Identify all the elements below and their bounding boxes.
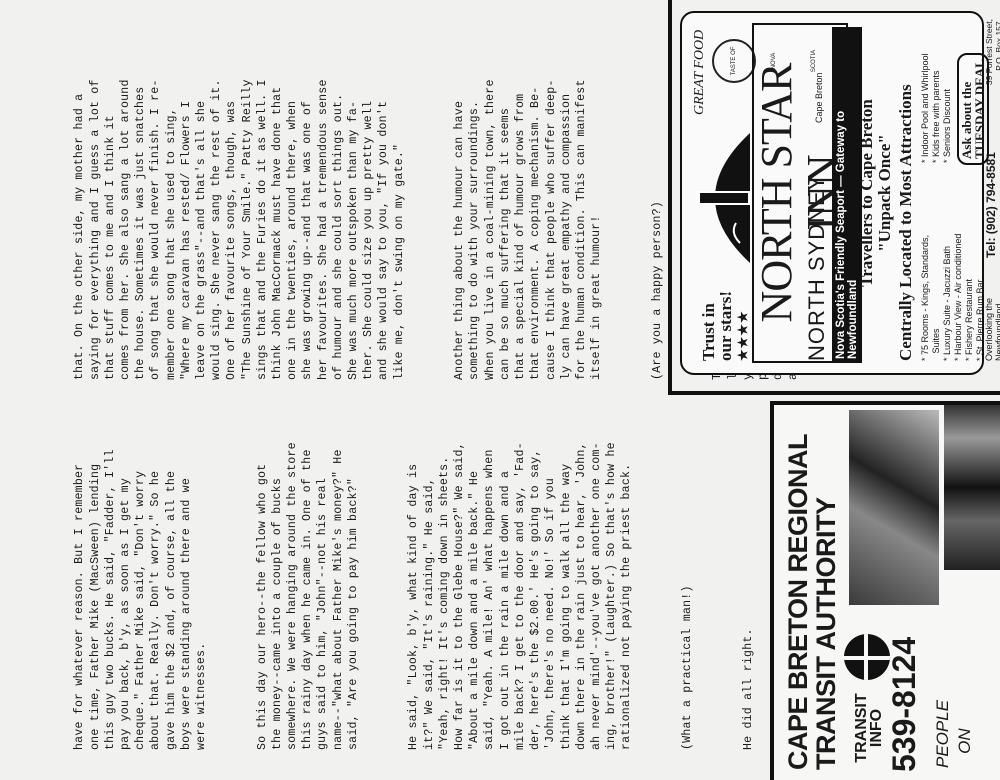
- ad-divider-horizontal: [668, 0, 672, 395]
- transit-info-label: TRANSIT INFO: [854, 688, 884, 768]
- taste-of-nova-scotia-badge-icon: TASTE OF NOVA SCOTIA: [712, 39, 756, 83]
- trust-text: Trust in our stars!: [700, 291, 734, 361]
- trust-tagline: Trust in our stars! ★★★★: [700, 291, 751, 361]
- paragraph: So this day our hero--the fellow who got…: [255, 410, 361, 750]
- bus-photo: [944, 405, 1000, 570]
- hotel-contact: Tel: (902) 794-8581 Fax: (902) 794-4628: [984, 148, 1000, 258]
- great-food-label: GREAT FOOD: [692, 30, 708, 115]
- bus-photo: [849, 410, 939, 605]
- paragraph: He said, "Look, b'y, what kind of day is…: [406, 410, 634, 750]
- paragraph: Another thing about the humour can have …: [452, 40, 604, 380]
- hotel-headline: Travellers to Cape Breton "Unpack Once": [858, 13, 894, 373]
- transit-slogan: PEOPLE ON: [932, 700, 976, 768]
- newspaper-page: have for whatever reason. But I remember…: [0, 0, 1000, 780]
- hotel-tel: Tel: (902) 794-8581: [984, 148, 998, 258]
- transit-title: CAPE BRETON REGIONAL TRANSIT AUTHORITY: [784, 434, 840, 770]
- north-star-inn-ad: Trust in our stars! ★★★★ GREAT FOOD TAST…: [680, 11, 984, 375]
- transit-authority-ad: CAPE BRETON REGIONAL TRANSIT AUTHORITY T…: [770, 401, 1000, 780]
- ad-divider-vertical: [670, 391, 1000, 395]
- paragraph: (Are you a happy person?): [650, 40, 665, 380]
- paragraph: have for whatever reason. But I remember…: [72, 410, 209, 750]
- hotel-features-left: * 75 Rooms - Kings, Standards, Suites * …: [920, 234, 986, 361]
- stars-icon: ★★★★: [734, 291, 751, 361]
- paragraph: that. On the other side, my mother had a…: [72, 40, 406, 380]
- paragraph: He did all right.: [741, 410, 756, 750]
- hotel-location-claim: Centrally Located to Most Attractions: [896, 84, 916, 361]
- hotel-city: NORTH SYDNEY: [804, 175, 830, 361]
- transit-phone: 539-8124: [886, 637, 923, 772]
- hotel-features-right: * Indoor Pool and Whirlpool * Kids free …: [920, 53, 953, 163]
- hotel-region: Cape Breton: [814, 72, 824, 123]
- paragraph: (What a practical man!): [680, 410, 695, 750]
- transit-logo-icon: [844, 634, 890, 680]
- lighthouse-icon: [690, 133, 750, 263]
- hotel-overlooking: Overlooking the Newfoundland Ferry Termi…: [984, 298, 1000, 361]
- hotel-address: 39 Forrest Street, P.O. Box 157, North S…: [984, 19, 1000, 103]
